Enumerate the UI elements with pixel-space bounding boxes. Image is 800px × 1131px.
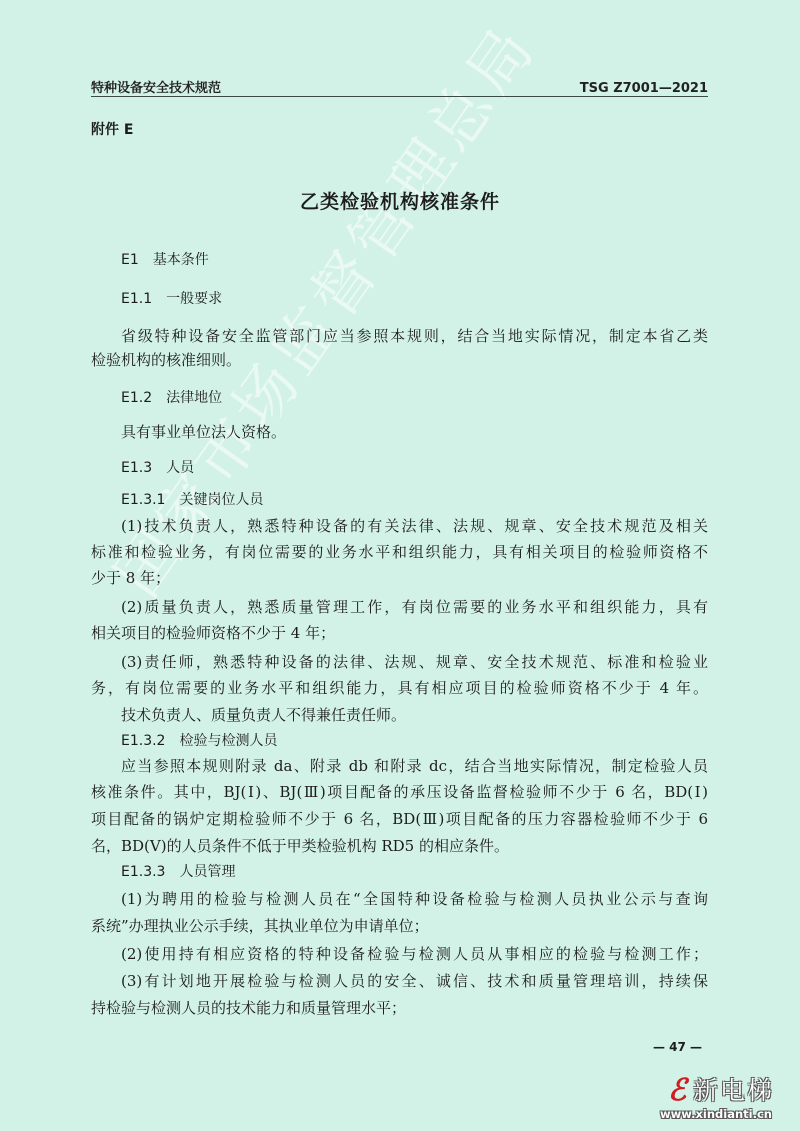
paragraph-line: 标准和检验业务，有岗位需要的业务水平和组织能力，具有相关项目的检验师资格不 (91, 542, 708, 562)
section-number: E1.3.2 (121, 731, 165, 751)
paragraph-line: 检验机构的核准细则。 (91, 350, 241, 370)
logo-url[interactable]: www.xindianti.cn (660, 1107, 772, 1121)
section-label: 人员 (166, 460, 194, 476)
section-heading-e1-3-2: E1.3.2检验与检测人员 (91, 731, 277, 751)
paragraph-line: (1)技术负责人，熟悉特种设备的有关法律、法规、规章、安全技术规范及相关 (91, 516, 708, 536)
section-heading-e1-3-1: E1.3.1关键岗位人员 (91, 490, 263, 510)
header-left-title: 特种设备安全技术规范 (91, 77, 221, 96)
paragraph-line: 技术负责人、质量负责人不得兼任责任师。 (91, 705, 406, 725)
section-number: E1.3.3 (121, 862, 165, 882)
paragraph-line: (2)质量负责人，熟悉质量管理工作，有岗位需要的业务水平和组织能力，具有 (91, 597, 708, 617)
section-label: 检验与检测人员 (179, 733, 277, 749)
paragraph-line: (1)为聘用的检验与检测人员在“全国特种设备检验与检测人员执业公示与查询 (91, 889, 708, 909)
paragraph-line: (3)有计划地开展检验与检测人员的安全、诚信、技术和质量管理培训，持续保 (91, 971, 708, 991)
section-label: 基本条件 (153, 252, 209, 268)
paragraph-line: 相关项目的检验师资格不少于 4 年； (91, 623, 335, 643)
site-logo[interactable]: ℰ 新电梯 www.xindianti.cn (660, 1074, 800, 1131)
paragraph-line: 具有事业单位法人资格。 (91, 422, 286, 442)
logo-name: 新电梯 (693, 1076, 774, 1106)
section-heading-e1-2: E1.2法律地位 (91, 388, 222, 408)
page-header: 特种设备安全技术规范 TSG Z7001—2021 (91, 76, 708, 96)
section-label: 一般要求 (166, 291, 222, 307)
paragraph-line: 省级特种设备安全监管部门应当参照本规则，结合当地实际情况，制定本省乙类 (91, 326, 708, 346)
paragraph-line: 少于 8 年； (91, 568, 170, 588)
document-title: 乙类检验机构核准条件 (0, 187, 800, 214)
paragraph-line: 核准条件。其中，BJ(Ⅰ)、BJ(Ⅲ)项目配备的承压设备监督检验师不少于 6 名… (91, 782, 708, 802)
section-heading-e1-3-3: E1.3.3人员管理 (91, 862, 235, 882)
section-label: 法律地位 (166, 390, 222, 406)
section-heading-e1-1: E1.1一般要求 (91, 289, 222, 309)
section-number: E1.3 (121, 458, 152, 478)
page-number: — 47 — (653, 1040, 702, 1054)
annex-label: 附件 E (91, 119, 133, 139)
paragraph-line: 系统”办理执业公示手续，其执业单位为申请单位； (91, 916, 429, 936)
paragraph-line: 务，有岗位需要的业务水平和组织能力，具有相应项目的检验师资格不少于 4 年。 (91, 678, 708, 698)
logo-heart-icon: ℰ (668, 1076, 686, 1106)
paragraph-line: (3)责任师，熟悉特种设备的法律、法规、规章、安全技术规范、标准和检验业 (91, 652, 708, 672)
paragraph-line: (2)使用持有相应资格的特种设备检验与检测人员从事相应的检验与检测工作； (91, 944, 708, 964)
section-number: E1 (121, 250, 139, 270)
section-heading-e1: E1基本条件 (91, 250, 209, 270)
section-heading-e1-3: E1.3人员 (91, 458, 194, 478)
section-label: 人员管理 (179, 864, 235, 880)
header-rule (91, 96, 708, 97)
section-number: E1.1 (121, 289, 152, 309)
paragraph-line: 应当参照本规则附录 da、附录 db 和附录 dc，结合当地实际情况，制定检验人… (91, 756, 708, 776)
section-number: E1.3.1 (121, 490, 165, 510)
section-label: 关键岗位人员 (179, 492, 263, 508)
paragraph-line: 项目配备的锅炉定期检验师不少于 6 名，BD(Ⅲ)项目配备的压力容器检验师不少于… (91, 809, 708, 829)
section-number: E1.2 (121, 388, 152, 408)
header-standard-code: TSG Z7001—2021 (580, 81, 708, 96)
paragraph-line: 名，BD(Ⅴ)的人员条件不低于甲类检验机构 RD5 的相应条件。 (91, 836, 509, 856)
paragraph-line: 持检验与检测人员的技术能力和质量管理水平； (91, 998, 406, 1018)
